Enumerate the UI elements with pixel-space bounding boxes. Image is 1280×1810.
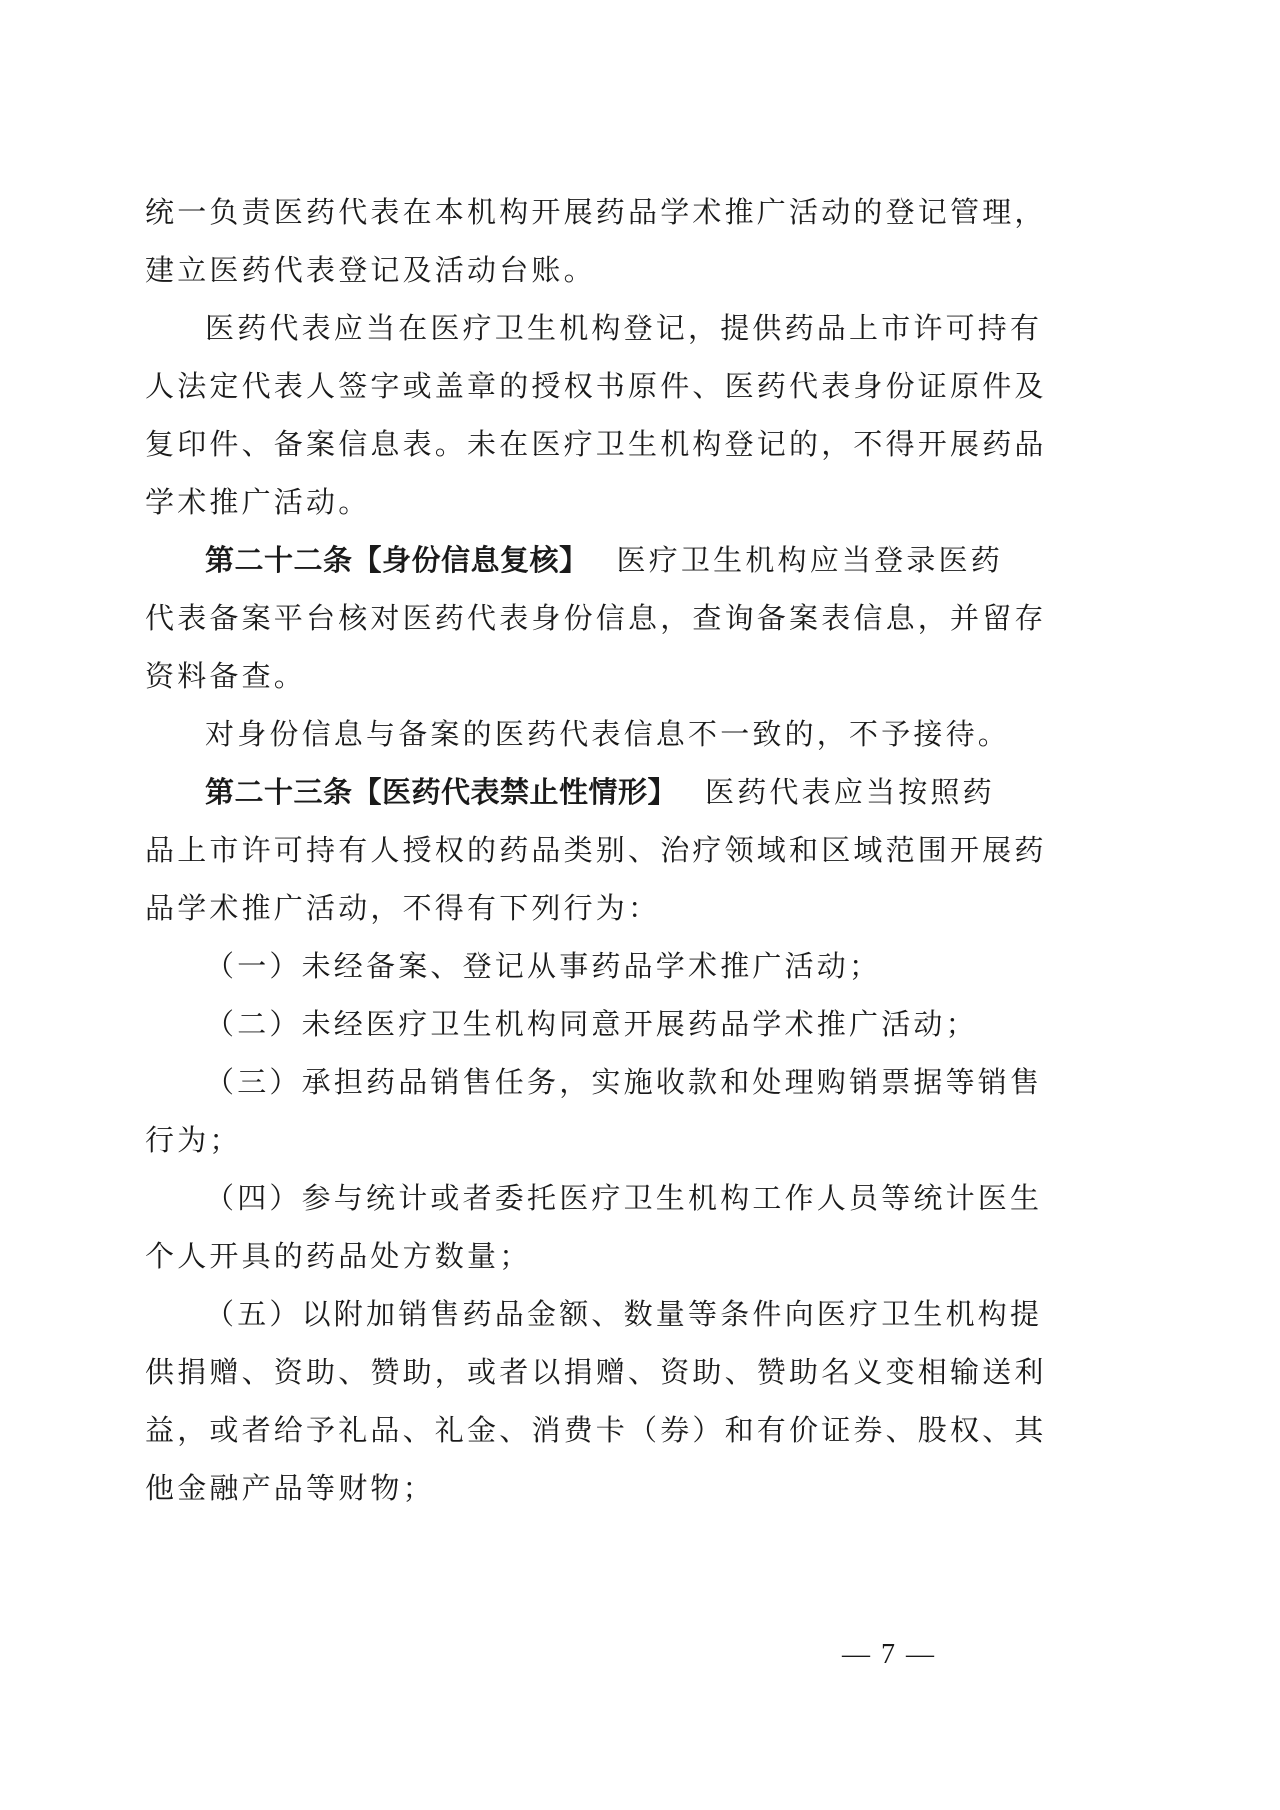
article-body: 医药代表应当按照药 [705, 775, 995, 809]
list-item-5: （五）以附加销售药品金额、数量等条件向医疗卫生机构提 [205, 1294, 967, 1334]
list-item-5-cont: 益，或者给予礼品、礼金、消费卡（券）和有价证券、股权、其 [145, 1410, 967, 1450]
article-number: 第二十三条 [205, 775, 353, 809]
article-title: 【医药代表禁止性情形】 [353, 775, 678, 809]
paragraph-line: 建立医药代表登记及活动台账。 [145, 250, 967, 290]
paragraph-line: 学术推广活动。 [145, 482, 967, 522]
paragraph-line: 资料备查。 [145, 656, 967, 696]
page-number: — 7 — [842, 1639, 936, 1671]
article-body: 医疗卫生机构应当登录医药 [617, 543, 1003, 577]
list-item-3-cont: 行为； [145, 1120, 967, 1160]
paragraph-line: 医药代表应当在医疗卫生机构登记，提供药品上市许可持有 [205, 308, 967, 348]
paragraph-line: 品上市许可持有人授权的药品类别、治疗领域和区域范围开展药 [145, 830, 967, 870]
list-item-2: （二）未经医疗卫生机构同意开展药品学术推广活动； [205, 1004, 967, 1044]
list-item-5-cont: 供捐赠、资助、赞助，或者以捐赠、资助、赞助名义变相输送利 [145, 1352, 967, 1392]
document-page: 统一负责医药代表在本机构开展药品学术推广活动的登记管理， 建立医药代表登记及活动… [0, 0, 1280, 1810]
list-item-5-cont: 他金融产品等财物； [145, 1468, 967, 1508]
paragraph-line: 人法定代表人签字或盖章的授权书原件、医药代表身份证原件及 [145, 366, 967, 406]
paragraph-line: 复印件、备案信息表。未在医疗卫生机构登记的，不得开展药品 [145, 424, 967, 464]
paragraph-line: 统一负责医药代表在本机构开展药品学术推广活动的登记管理， [145, 192, 967, 232]
article-number: 第二十二条 [205, 543, 353, 577]
article-title: 【身份信息复核】 [353, 543, 589, 577]
paragraph-line: 代表备案平台核对医药代表身份信息，查询备案表信息，并留存 [145, 598, 967, 638]
paragraph-line: 对身份信息与备案的医药代表信息不一致的，不予接待。 [205, 714, 967, 754]
list-item-4: （四）参与统计或者委托医疗卫生机构工作人员等统计医生 [205, 1178, 967, 1218]
list-item-3: （三）承担药品销售任务，实施收款和处理购销票据等销售 [205, 1062, 967, 1102]
list-item-4-cont: 个人开具的药品处方数量； [145, 1236, 967, 1276]
paragraph-line: 品学术推广活动，不得有下列行为： [145, 888, 967, 928]
article-22-heading-line: 第二十二条【身份信息复核】医疗卫生机构应当登录医药 [205, 540, 967, 580]
article-23-heading-line: 第二十三条【医药代表禁止性情形】医药代表应当按照药 [205, 772, 967, 812]
list-item-1: （一）未经备案、登记从事药品学术推广活动； [205, 946, 967, 986]
